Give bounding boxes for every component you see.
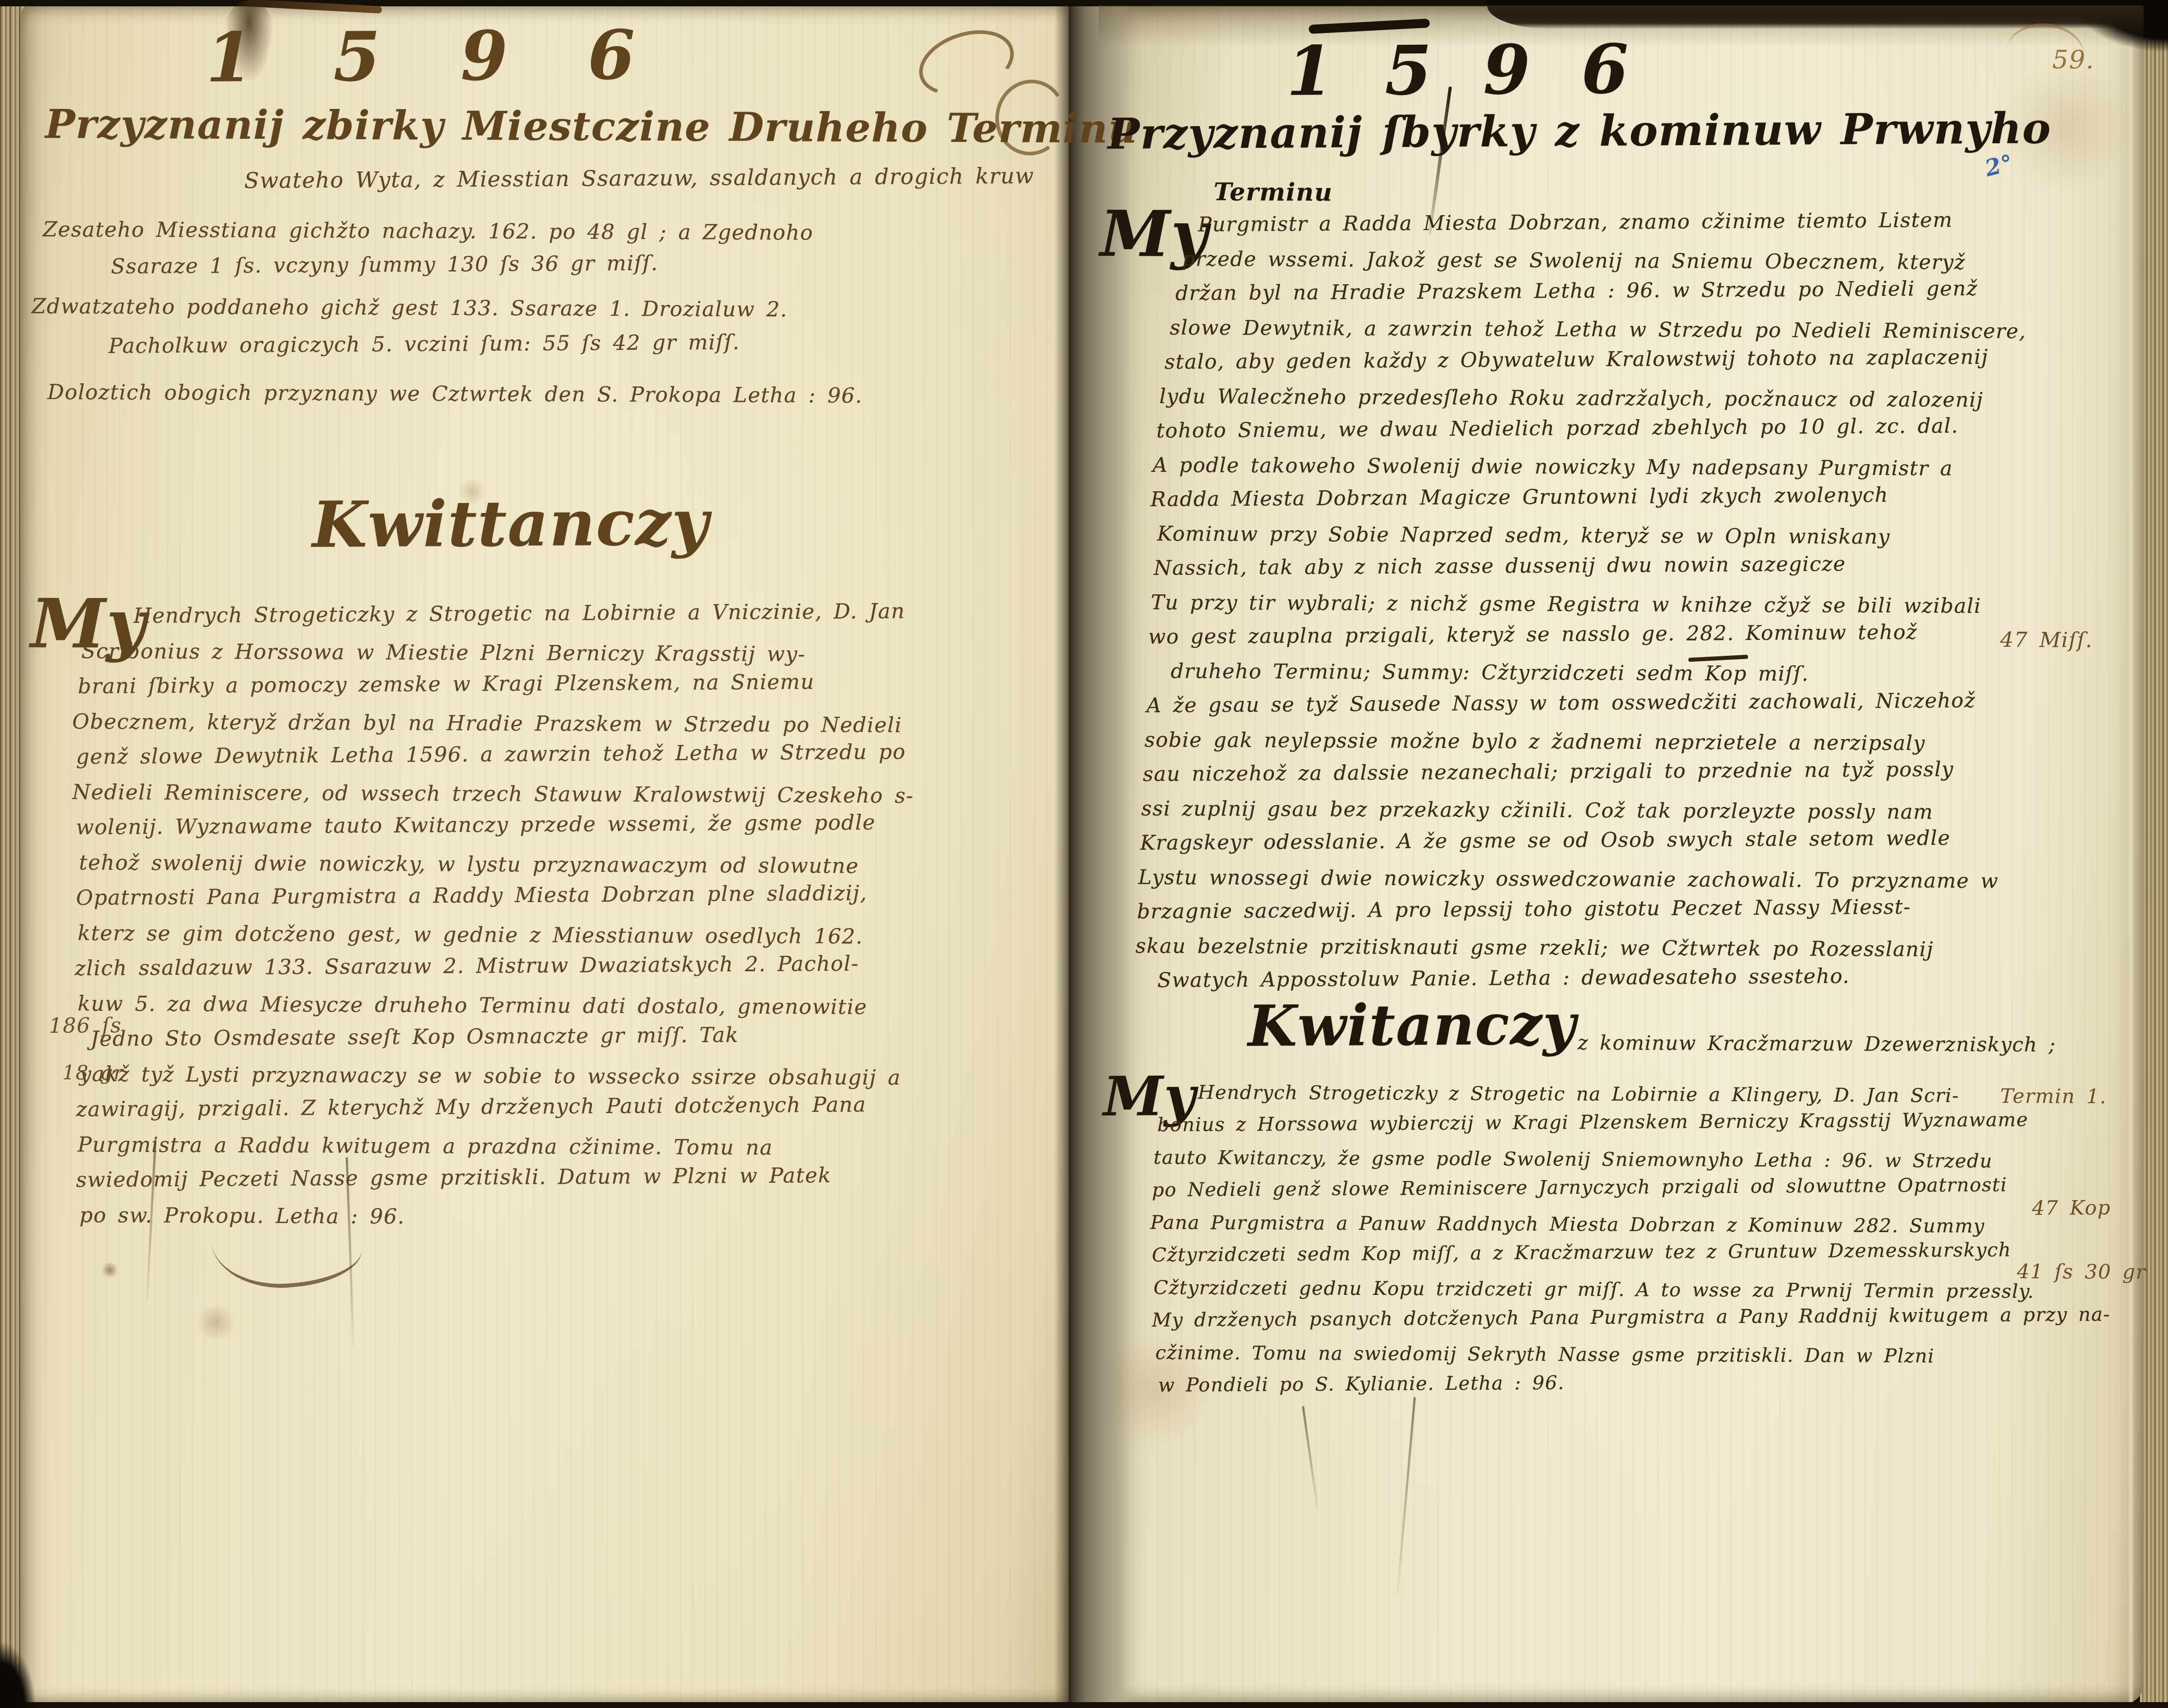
year-left: 1 5 9 6 (206, 15, 661, 98)
manuscript-line: Radda Miesta Dobrzan Magicze Gruntowni l… (1150, 483, 1889, 511)
manuscript-line: ssi zuplnij gsau bez przekazky cžinili. … (1141, 796, 1933, 824)
manuscript-line: cžinime. Tomu na swiedomij Sekryth Nasse… (1155, 1341, 1935, 1367)
margin-note-sum: 18 gr (62, 1061, 124, 1085)
manuscript-line: przede wssemi. Jakož gest se Swolenij na… (1182, 247, 1966, 274)
manuscript-line: Nedieli Reminiscere, od wssech trzech St… (72, 780, 914, 808)
manuscript-line: Purgmistr a Radda Miesta Dobrzan, znamo … (1198, 208, 1953, 236)
manuscript-line: druheho Terminu; Summy: Cžtyrzidczeti se… (1171, 659, 1809, 686)
page-edge-stack-right (2140, 0, 2168, 1708)
stain (194, 1306, 238, 1339)
title-right-line2: Terminu (1214, 177, 1333, 207)
title-left: Przyznanij zbirky Miestczine Druheho Ter… (45, 100, 1138, 152)
margin-note-sum: 41 ſs 30 gr (2017, 1260, 2146, 1284)
manuscript-line: Purgmistra a Raddu kwitugem a prazdna cž… (78, 1132, 773, 1160)
margin-note-sum: 47 Miſſ. (2000, 627, 2093, 652)
summary-line: Zdwatzateho poddaneho gichž gest 133. Ss… (32, 294, 788, 321)
manuscript-line: zlich ssaldazuw 133. Ssarazuw 2. Mistruw… (75, 951, 859, 980)
manuscript-line: slowe Dewytnik, a zawrzin tehož Letha w … (1170, 315, 2026, 343)
manuscript-line: tauto Kwitanczy, že gsme podle Swolenij … (1154, 1146, 1993, 1172)
manuscript-line: Jedno Sto Osmdesate sseſt Kop Osmnaczte … (90, 1022, 739, 1051)
title-right: Przyznanij ſbyrky z kominuw Prwnyho (1108, 104, 2051, 159)
manuscript-line: Scribonius z Horssowa w Miestie Plzni Be… (81, 639, 806, 666)
manuscript-line: Opatrnosti Pana Purgmistra a Raddy Miest… (76, 880, 867, 910)
manuscript-line: sobie gak neylepssie možne bylo z žadnem… (1145, 728, 1925, 755)
manuscript-line: Nassich, tak aby z nich zasse dussenij d… (1154, 552, 1846, 580)
margin-note-sum: 47 Kop (2032, 1196, 2111, 1220)
manuscript-line: brzagnie saczedwij. A pro lepssij toho g… (1137, 895, 1911, 923)
summary-line: Pacholkuw oragiczych 5. vczini ſum: 55 ſ… (108, 329, 740, 358)
manuscript-line: skau bezelstnie przitisknauti gsme rzekl… (1136, 934, 1934, 961)
manuscript-line: yakž tyž Lysti przyznawaczy se w sobie t… (80, 1062, 901, 1090)
bottom-left-corner-shadow (0, 1641, 36, 1708)
manuscript-line: Pana Purgmistra a Panuw Raddnych Miesta … (1150, 1211, 1985, 1237)
subtitle-left: Swateho Wyta, z Miesstian Ssarazuw, ssal… (244, 163, 1034, 193)
manuscript-line: swiedomij Peczeti Nasse gsme przitiskli.… (76, 1163, 831, 1192)
heading-kwittanczy-left: Kwittanczy (312, 486, 709, 562)
stain (100, 1262, 119, 1278)
folio-number: 59. (2052, 45, 2095, 75)
page-crease-right (2127, 0, 2135, 1708)
manuscript-line: držan byl na Hradie Prazskem Letha : 96.… (1175, 276, 1978, 305)
manuscript-line: Kominuw przy Sobie Naprzed sedm, kteryž … (1157, 522, 1890, 549)
manuscript-line: Hendrych Strogeticzky z Strogetic na Lob… (1198, 1081, 1959, 1106)
heading-suffix-right: z kominuw Kracžmarzuw Dzewerzniskych ; (1578, 1031, 2056, 1057)
manuscript-line: Obecznem, kteryž držan byl na Hradie Pra… (72, 709, 902, 737)
manuscript-line: w Pondieli po S. Kylianie. Letha : 96. (1158, 1372, 1565, 1396)
bottom-edge-strip (0, 1702, 2168, 1708)
manuscript-line: kuw 5. za dwa Miesycze druheho Terminu d… (78, 991, 867, 1019)
summary-line: Doloztich obogich przyznany we Cztwrtek … (47, 380, 862, 408)
manuscript-line: Tu przy tir wybrali; z nichž gsme Regist… (1151, 590, 1981, 618)
manuscript-line: wo gest zauplna przigali, kteryž se nass… (1148, 620, 1918, 649)
manuscript-line: A že gsau se tyž Sausede Nassy w tom oss… (1146, 688, 1975, 717)
manuscript-line: tehož swolenij dwie nowiczky, w lystu pr… (79, 850, 859, 878)
manuscript-line: brani ſbirky a pomoczy zemske w Kragi Pl… (78, 669, 815, 698)
manuscript-line: Hendrych Strogeticzky z Strogetic na Lob… (133, 599, 905, 628)
manuscript-line: stalo, aby geden každy z Obywateluw Kral… (1164, 345, 1989, 374)
manuscript-line: Kragskeyr odesslanie. A že gsme se od Os… (1140, 826, 1951, 855)
manuscript-line: Lystu wnossegi dwie nowiczky osswedczowa… (1138, 865, 1999, 893)
manuscript-line: genž slowe Dewytnik Letha 1596. a zawrzi… (76, 739, 906, 769)
summary-line: Ssaraze 1 ſs. vczyny ſummy 130 ſs 36 gr … (111, 251, 658, 278)
margin-note-termin: Termin 1. (2000, 1085, 2107, 1108)
year-right: 1 5 9 6 (1286, 29, 1640, 111)
margin-note-sum: 186 ſs (49, 1013, 122, 1038)
manuscript-line: Cžtyrzidczeti gednu Kopu trzidczeti gr m… (1154, 1276, 2035, 1303)
summary-line: Zesateho Miesstiana gichžto nachazy. 162… (43, 217, 814, 245)
manuscript-line: lydu Walecžneho przedesſleho Roku zadrzž… (1159, 384, 1984, 412)
manuscript-line: Swatych Apposstoluw Panie. Letha : dewad… (1157, 964, 1850, 992)
manuscript-line: kterz se gim dotcženo gest, w gednie z M… (78, 921, 863, 949)
manuscript-line: A podle takoweho Swolenij dwie nowiczky … (1153, 453, 1953, 480)
manuscript-line: tohoto Sniemu, we dwau Nedielich porzad … (1156, 414, 1959, 442)
manuscript-scan: 1 5 9 6 Przyznanij zbirky Miestczine Dru… (0, 0, 2168, 1708)
manuscript-line: zawiragij, przigali. Z kterychž My drzže… (76, 1092, 866, 1121)
heading-kwitanczy-right: Kwitanczy (1248, 992, 1576, 1059)
manuscript-line: wolenij. Wyznawame tauto Kwitanczy przed… (76, 810, 876, 839)
manuscript-line: sau niczehož za dalssie nezanechali; prz… (1143, 757, 1954, 786)
manuscript-line: po sw. Prokopu. Letha : 96. (80, 1203, 405, 1228)
